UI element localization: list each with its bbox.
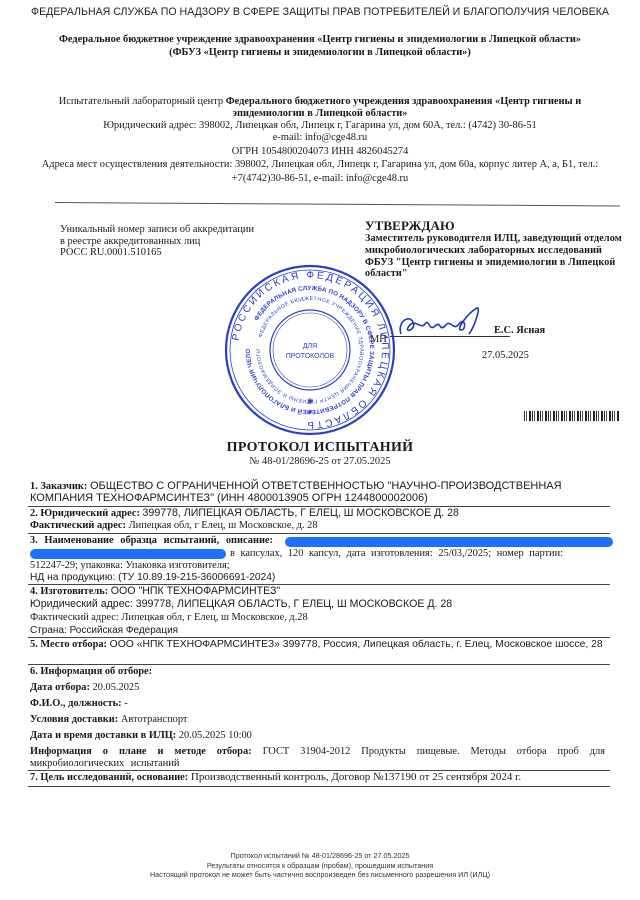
footer-results-note: Результаты относятся к образцам (пробам)… [0, 861, 640, 871]
purpose-label: 7. Цель исследований, основание: [30, 772, 188, 783]
institution-line-1: Федеральное бюджетное учреждение здравоо… [0, 34, 640, 47]
signature [395, 306, 495, 345]
sampling-place-value: ООО «НПК ТЕХНОФАРМСИНТЕЗ» 399778, Россия… [110, 639, 603, 650]
delivery-conditions-label: Условия доставки: [30, 714, 118, 725]
signer-name: Е.С. Ясная [494, 325, 545, 336]
sampling-place-label: 5. Место отбора: [30, 639, 107, 650]
institution-name: Федеральное бюджетное учреждение здравоо… [0, 34, 640, 59]
lab-ogrn-inn: ОГРН 1054800204073 ИНН 4826045274 [0, 146, 640, 158]
page-footer: Протокол испытаний № 48-01/28696-25 от 2… [0, 851, 640, 880]
delivery-time: Дата и время доставки в ИЛЦ: 20.05.2025 … [30, 730, 605, 742]
svg-text:ПРОТОКОЛОВ: ПРОТОКОЛОВ [286, 353, 335, 360]
legal-address-value: 399778, ЛИПЕЦКАЯ ОБЛАСТЬ, Г ЕЛЕЦ, Ш МОСК… [143, 507, 459, 519]
manufacturer-actual-address: Фактический адрес: Липецкая обл, г Елец,… [30, 612, 605, 624]
protocol-title: ПРОТОКОЛ ИСПЫТАНИЙ [0, 440, 640, 456]
purpose-value: Производственный контроль, Договор №1371… [191, 771, 521, 783]
manufacturer-legal-address: Юридический адрес: 399778, ЛИПЕЦКАЯ ОБЛА… [30, 599, 605, 611]
accreditation-block: Уникальный номер записи об аккредитации … [60, 224, 254, 259]
delivery-conditions: Условия доставки: Автотранспорт [30, 714, 605, 726]
sampling-date: Дата отбора: 20.05.2025 [30, 682, 605, 694]
approval-block: УТВЕРЖДАЮ Заместитель руководителя ИЛЦ, … [365, 218, 625, 280]
lab-name: Федерального бюджетного учреждения здрав… [226, 96, 582, 119]
manufacturer-value: ООО "НПК ТЕХНОФАРМСИНТЕЗ" [111, 585, 280, 597]
signature-icon [395, 306, 495, 340]
sampling-plan: Информация о плане и методе отбора: ГОСТ… [30, 746, 605, 769]
stamp-place-label: МП [370, 334, 387, 345]
actual-address-label: Фактический адрес: [30, 520, 126, 531]
section-sampling-place: 5. Место отбора: ООО «НПК ТЕХНОФАРМСИНТЕ… [30, 639, 605, 651]
approval-position: Заместитель руководителя ИЛЦ, заведующий… [365, 233, 625, 280]
activity-addresses-text: Адреса мест осуществления деятельности: … [42, 159, 598, 184]
sampling-person: Ф.И.О., должность: - [30, 698, 605, 710]
sampling-person-label: Ф.И.О., должность: [30, 698, 122, 709]
sample-nd: НД на продукцию: (ТУ 10.89.19-215-360066… [30, 572, 605, 584]
accreditation-number: РОСС RU.0001.510165 [60, 247, 254, 259]
official-stamp: РОССИЙСКАЯ ФЕДЕРАЦИЯ ЛИПЕЦКАЯ ОБЛАСТЬ ФЕ… [222, 262, 398, 438]
barcode [524, 411, 620, 421]
section-actual-address: Фактический адрес: Липецкая обл, г Елец,… [30, 520, 605, 532]
divider [28, 637, 610, 638]
manufacturer-label: 4. Изготовитель: [30, 586, 108, 597]
agency-name: ФЕДЕРАЛЬНАЯ СЛУЖБА ПО НАДЗОРУ В СФЕРЕ ЗА… [0, 6, 640, 19]
accreditation-line-2: в реестре аккредитованных лиц [60, 236, 254, 248]
section-customer: 1. Заказчик: ОБЩЕСТВО С ОГРАНИЧЕННОЙ ОТВ… [30, 481, 605, 504]
footer-protocol-ref: Протокол испытаний № 48-01/28696-25 от 2… [0, 851, 640, 861]
divider [28, 786, 610, 787]
sample-label: 3. Наименование образца испытаний, описа… [30, 535, 273, 546]
customer-label: 1. Заказчик: [30, 481, 87, 492]
manufacturer-country: Страна: Российская Федерация [30, 625, 605, 637]
institution-line-2: (ФБУЗ «Центр гигиены и эпидемиологии в Л… [0, 47, 640, 60]
lab-prefix: Испытательный лабораторный центр [59, 96, 226, 107]
activity-addresses: Адреса мест осуществления деятельности: … [0, 158, 640, 186]
stamp-icon: РОССИЙСКАЯ ФЕДЕРАЦИЯ ЛИПЕЦКАЯ ОБЛАСТЬ ФЕ… [222, 262, 398, 438]
lab-legal-address: Юридический адрес: 398002, Липецкая обл,… [0, 120, 640, 132]
lab-email: e-mail: info@cge48.ru [0, 132, 640, 144]
lab-block: Испытательный лабораторный центр Федерал… [0, 96, 640, 158]
lab-title: Испытательный лабораторный центр Федерал… [0, 96, 640, 120]
sample-batch-packaging: 512247-29; упаковка: Упаковка изготовите… [30, 560, 605, 572]
divider [28, 664, 610, 665]
approval-date: 27.05.2025 [482, 350, 529, 361]
section-purpose: 7. Цель исследований, основание: Произво… [30, 772, 605, 784]
sampling-date-value: 20.05.2025 [93, 682, 140, 693]
redacted-sample-name-cont [30, 549, 226, 559]
svg-text:✱: ✱ [307, 397, 314, 406]
customer-value: ОБЩЕСТВО С ОГРАНИЧЕННОЙ ОТВЕТСТВЕННОСТЬЮ… [30, 480, 562, 504]
header-divider [55, 202, 620, 206]
legal-address-label: 2. Юридический адрес: [30, 508, 140, 519]
actual-address-value: Липецкая обл, г Елец, ш Московское, д. 2… [129, 520, 318, 531]
delivery-conditions-value: Автотранспорт [121, 714, 188, 725]
sample-description: в капсулах, 120 капсул, дата изготовлени… [230, 548, 605, 560]
sampling-plan-label: Информация о плане и методе отбора: [30, 746, 252, 757]
redacted-sample-name [285, 537, 613, 547]
sampling-info-label: 6. Информация об отборе: [30, 666, 152, 677]
protocol-number: № 48-01/28696-25 от 27.05.2025 [0, 456, 640, 467]
sampling-date-label: Дата отбора: [30, 682, 90, 693]
footer-reproduction-note: Настоящий протокол не может быть частичн… [0, 870, 640, 880]
section-manufacturer: 4. Изготовитель: ООО "НПК ТЕХНОФАРМСИНТЕ… [30, 586, 605, 598]
approval-title: УТВЕРЖДАЮ [365, 218, 625, 233]
delivery-time-label: Дата и время доставки в ИЛЦ: [30, 730, 176, 741]
svg-text:✱: ✱ [307, 409, 312, 416]
sampling-person-value: - [124, 698, 127, 709]
signature-line [390, 336, 510, 337]
section-legal-address: 2. Юридический адрес: 399778, ЛИПЕЦКАЯ О… [30, 508, 605, 520]
accreditation-line-1: Уникальный номер записи об аккредитации [60, 224, 254, 236]
divider [28, 533, 610, 534]
sampling-info-heading: 6. Информация об отборе: [30, 666, 605, 678]
delivery-time-value: 20.05.2025 10:00 [179, 730, 252, 741]
svg-text:ДЛЯ: ДЛЯ [303, 343, 317, 350]
